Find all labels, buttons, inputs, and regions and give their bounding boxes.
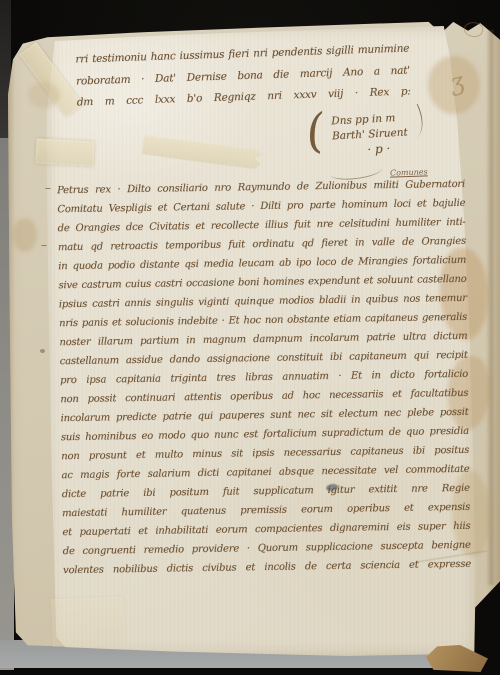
stain-left-margin [13, 218, 37, 252]
torn-paper-fragment [426, 645, 488, 672]
margin-dash: – [45, 181, 51, 195]
margin-dash: – [41, 238, 47, 252]
ink-speck [40, 349, 45, 353]
top-text-block: rri testimoniu hanc iussimus fieri nri p… [75, 38, 411, 114]
main-text-block: Petrus rex · Dilto consiliario nro Raymu… [57, 175, 471, 580]
tape-strip-left [35, 138, 94, 166]
stain-top-left [28, 82, 60, 108]
tape-strip-bottom-left [51, 597, 125, 647]
manuscript-photo: ʒ rri testimoniu hanc iussimus fieri nri… [0, 0, 500, 675]
